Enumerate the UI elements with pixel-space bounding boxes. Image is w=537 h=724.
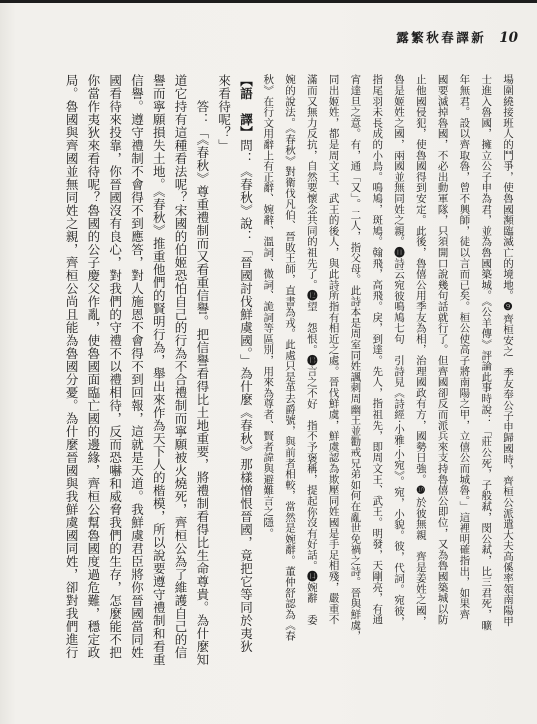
text-column: 宵達旦之意。有，通「又」。二人，指父母。此詩本是周室同姓諷刺周幽王並勸戒兄弟如何… [347,74,362,641]
text-column: 婉的說法。《春秋》對衛伐凡伯、晉敗王師，直書為戎。此處只是革去爵號，與前者相較，… [282,74,297,641]
text-column: 年無君。設以齊取魯，曾不興師，徒以言而已矣。桓公使高子將南陽之甲，立僖公而城魯。… [456,74,471,620]
text-column: 場圍繞接班人的鬥爭，使魯國瀕臨滅亡的境地。❾齊桓安之 季友奉公子申歸國時，齊桓公… [500,74,515,626]
note-number: ⓬ [306,290,318,301]
text-segment: 年無君。設以齊取魯，曾不興師，徒以言而已矣。桓公使高子將南陽之甲，立僖公而城魯。… [458,74,470,620]
text-column: 止他國侵犯，使魯國得到安定。此後，魯僖公用季友為相，治理國政有方，國勢日強。❿於… [413,74,428,626]
page-number: 10 [499,30,518,46]
text-segment: 國要滅掉魯國，不必出動軍隊，只須開口說幾句話就行了。但齊國卻反而派兵來支持魯僖公… [437,74,449,625]
text-segment: 來看待呢？」 [217,74,232,152]
text-segment: 詩云宛彼鳴鳩七句 引詩見《詩經·小雅·小宛》。宛，小貌。彼，代詞。宛彼， [393,258,405,627]
text-segment: 婉的說法。《春秋》對衛伐凡伯、晉敗王師，直書為戎。此處只是革去爵號，與前者相較，… [284,74,296,641]
text-segment: 場圍繞接班人的鬥爭，使魯國瀕臨滅亡的境地。 [502,74,514,301]
text-column: 你當作夷狄來看待呢？魯國的公子慶父作亂，使魯國面臨亡國的邊緣，齊桓公幫魯國度過危… [86,74,101,659]
text-segment: 魯是姬姓之國，兩國並無同姓之親。 [393,74,405,247]
note-number: ⓮ [306,571,318,582]
text-column: 譽而寧願損失土地。《春秋》推重他們的賢明行為，舉出來作為天下人的楷模，所以說要遵… [151,74,166,666]
text-segment: 秋》在行文用辭上有正辭、婉辭、溫詞、微詞、詭詞等區別，用來為尊者、賢者諱與避難言… [262,74,274,538]
text-segment: 言之不好 指不予褒稱，提起你沒有好話。 [306,366,318,571]
text-segment: 信譽。遵守禮制不會得不到應答，對人施恩不會得不到回報，這就是天道。我鮮虞君臣將你… [129,74,144,659]
note-number: ⓭ [306,355,318,366]
text-segment: 局。魯國與齊國並無同姓之親，齊桓公尚且能為魯國分憂。為什麼晉國與我鮮虞國同姓，卻… [64,74,79,659]
text-segment: 答：「《春秋》尊重禮制而又看重信譽。把信譽看得比土地重要，將禮制看得比生命尊貴。… [195,100,210,666]
text-column: 士進入魯國，擁立公子申為君，並為魯國築城。《公羊傳》評論此事時說：「莊公死，子般… [478,74,493,630]
text-column: 答：「《春秋》尊重禮制而又看重信譽。把信譽看得比土地重要，將禮制看得比生命尊貴。… [195,74,210,666]
text-column: 魯是姬姓之國，兩國並無同姓之親。⓫詩云宛彼鳴鳩七句 引詩見《詩經·小雅·小宛》。… [391,74,406,627]
text-segment: 譽而寧願損失土地。《春秋》推重他們的賢明行為，舉出來作為天下人的楷模，所以說要遵… [151,74,166,666]
note-number: ❿ [415,484,427,496]
text-column: 道它持有這種看法呢？宋國的伯姬恐怕自己的行為不合禮制而寧願被火燒死，齊桓公為了維… [173,74,188,659]
section-marker: 【語 譯】 [238,74,253,139]
text-segment: 道它持有這種看法呢？宋國的伯姬恐怕自己的行為不合禮制而寧願被火燒死，齊桓公為了維… [173,74,188,659]
text-block: 場圍繞接班人的鬥爭，使魯國瀕臨滅亡的境地。❾齊桓安之 季友奉公子申歸國時，齊桓公… [64,74,515,668]
text-column: 秋》在行文用辭上有正辭、婉辭、溫詞、微詞、詭詞等區別，用來為尊者、賢者諱與避難言… [260,74,275,538]
text-segment: 國看待來投靠，你晉國沒有良心，對我們的守禮不以禮相待，反而恐嚇和威脅我們的生存，… [108,74,123,659]
text-segment: 滿而又無力反抗，自然要懷念共同的祖先了。 [306,74,318,290]
text-segment: 同出姬姓，都是周文王、武王的後人，與此詩所指有相近之處。晉伐鮮虞，鮮虞認為欺壓同… [328,74,340,625]
text-segment: 止他國侵犯，使魯國得到安定。此後，魯僖公用季友為相，治理國政有方，國勢日強。 [415,74,427,484]
text-segment: 問：《春秋》說：「晉國討伐鮮虞國。」為什麼《春秋》那樣憎恨晉國，竟把它等同於夷狄 [238,139,253,653]
text-column: 局。魯國與齊國並無同姓之親，齊桓公尚且能為魯國分憂。為什麼晉國與我鮮虞國同姓，卻… [64,74,79,659]
text-segment: 齊桓安之 季友奉公子申歸國時，齊桓公派遣大夫高傒率領南陽甲 [502,313,514,626]
text-column: 國要滅掉魯國，不必出動軍隊，只須開口說幾句話就行了。但齊國卻反而派兵來支持魯僖公… [435,74,450,625]
text-column: 來看待呢？」 [217,74,232,152]
note-number: ❾ [502,301,514,313]
text-segment: 望 怨恨。 [306,301,318,355]
text-column: 信譽。遵守禮制不會得不到應答，對人施恩不會得不到回報，這就是天道。我鮮虞君臣將你… [129,74,144,659]
text-segment: 士進入魯國，擁立公子申為君，並為魯國築城。《公羊傳》評論此事時說：「莊公死，子般… [480,74,492,630]
text-column: 同出姬姓，都是周文王、武王的後人，與此詩所指有相近之處。晉伐鮮虞，鮮虞認為欺壓同… [326,74,341,625]
page-top-edge [0,0,537,3]
running-head: 露繁秋春譯新 10 [396,28,518,46]
text-segment: 婉辭 委 [306,582,318,625]
text-segment: 指尾羽未長成的小鳥。鳴鳩，斑鳩。翰飛，高飛。戾，到達。先人，指祖先，即周文王、武… [371,74,383,625]
note-number: ⓫ [393,247,405,258]
book-title: 露繁秋春譯新 [396,28,486,46]
text-column: 【語 譯】問：《春秋》說：「晉國討伐鮮虞國。」為什麼《春秋》那樣憎恨晉國，竟把它… [238,74,253,653]
text-segment: 於彼無親 齊是姜姓之國， [415,497,427,627]
text-segment: 你當作夷狄來看待呢？魯國的公子慶父作亂，使魯國面臨亡國的邊緣，齊桓公幫魯國度過危… [86,74,101,659]
text-column: 滿而又無力反抗，自然要懷念共同的祖先了。⓬望 怨恨。⓭言之不好 指不予褒稱，提起… [304,74,319,625]
text-segment: 宵達旦之意。有，通「又」。二人，指父母。此詩本是周室同姓諷刺周幽王並勸戒兄弟如何… [349,74,361,641]
text-column: 指尾羽未長成的小鳥。鳴鳩，斑鳩。翰飛，高飛。戾，到達。先人，指祖先，即周文王、武… [369,74,384,625]
book-page: 露繁秋春譯新 10 場圍繞接班人的鬥爭，使魯國瀕臨滅亡的境地。❾齊桓安之 季友奉… [0,0,537,724]
text-column: 國看待來投靠，你晉國沒有良心，對我們的守禮不以禮相待，反而恐嚇和威脅我們的生存，… [108,74,123,659]
